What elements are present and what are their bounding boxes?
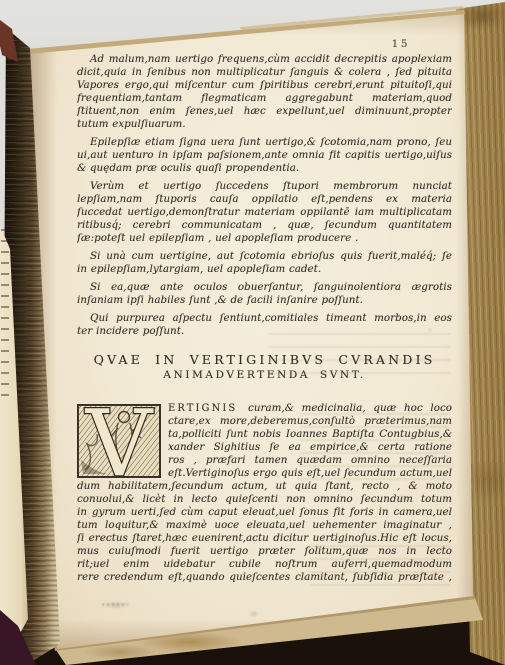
text-line: frequentiam,tantam flegmaticam aggregabu… [77,92,452,105]
text-line: ſuccedat uertigo,demonſtratur materiam o… [77,206,452,219]
incipit-caps: ERTIGNIS [168,403,237,414]
text-line: rit;uel enim uidebatur cubile noſtrum au… [77,558,452,571]
body-paragraph: Qui purpurea aſpectu ſentiunt,comitiales… [77,312,452,338]
woodcut-initial: V [77,404,161,478]
body-paragraph: Si unà cum uertigine, aut ſcotomia ebrio… [77,250,452,276]
text-block: 15 Ad malum,nam uertigo frequens,cùm acc… [77,38,452,584]
section-heading-line1: QVAE IN VERTIGINIBVS CVRANDIS [77,352,452,367]
text-line: ctare,ex more,deberemus,conſultò præteri… [168,415,452,428]
text-line: ſæ:poteſt uel epilepſiam , uel apopleſia… [77,232,452,245]
text-line: & quędam præ oculis quaſi propendentia. [77,162,452,175]
text-line: ERTIGNIS curam,& medicinalia, quæ hoc lo… [168,402,452,415]
opening-paragraph: V ERTIGNIS curam,& medicinalia, quæ hoc … [77,402,452,584]
text-line: mus cuiuſmodi fuerit uertigo præter ſoli… [77,545,452,558]
body-paragraph: Verùm et uertigo ſuccedens ſtupori membr… [77,180,452,245]
text-line: ſtituent,non enim ſenes,uel hæc expellun… [77,105,452,118]
woodcut-initial-art: V [77,404,161,478]
text-line: Vapores ergo,qui miſcentur cum ſpiritibu… [77,79,452,92]
opposite-page-text-marks [1,228,9,396]
text-line: in epilepſiam,lytargiam, uel apopleſiam … [77,263,452,276]
text-line: dicit,quia in ſenibus non multiplicatur … [77,66,452,79]
section-heading-line2: ANIMADVERTENDA SVNT. [77,369,452,382]
text-line: Si unà cum uertigine, aut ſcotomia ebrio… [77,250,452,263]
text-line: dum habilitatem,ſecundum actum, ut quia … [77,480,452,493]
text-line: Qui purpurea aſpectu ſentiunt,comitiales… [77,312,452,325]
text-line: ros , præfari tamen quædam omnino neceſſ… [168,454,452,467]
body-paragraph: Si ea,quæ ante oculos obuerſantur, ſangu… [77,281,452,307]
text-line: eſt.Vertiginoſus ergo quis eſt,uel ſecun… [168,467,452,480]
text-line: ſi erectus ſtaret,hæc euenirent,actu dic… [77,532,452,545]
text-line: Epilepſiæ etiam ſigna uera ſunt uertigo,… [77,136,452,149]
body-paragraph: Epilepſiæ etiam ſigna uera ſunt uertigo,… [77,136,452,175]
text-line: Si ea,quæ ante oculos obuerſantur, ſangu… [77,281,452,294]
text-line: Ad malum,nam uertigo frequens,cùm accidi… [77,53,452,66]
text-line: Verùm et uertigo ſuccedens ſtupori membr… [77,180,452,193]
text-line: xander Sighitius ſe ea empirice,& certa … [168,441,452,454]
faint-pencil-mark [96,598,138,612]
text-line: ter incidere poſſunt. [77,325,452,338]
text-line: ritibusq́; cerebri communicatam , quæ, ſ… [77,219,452,232]
text-line: conuolui,& licèt in lecto quieſcenti non… [77,493,452,506]
body-paragraph: Ad malum,nam uertigo frequens,cùm accidi… [77,53,452,131]
initial-letter: V [85,404,154,478]
text-line: inſaniam ipſi habiles ſunt ,& de facili … [77,294,452,307]
text-line: lepſiam,nam ſtuporis cauſa oppilatio eſt… [77,193,452,206]
text-line: tum loquitur,& maximè uoce eleuata,uel u… [77,519,452,532]
text-line: in gyrum uerti,ſed cùm caput eleuat,uel … [77,506,452,519]
text-line: tutum expulſiuarum. [77,118,452,131]
text-line: rere credendum eſt,quando quieſcentes cl… [77,571,452,584]
folio-number: 15 [77,38,452,51]
book-photo: 15 Ad malum,nam uertigo frequens,cùm acc… [0,0,505,665]
text-line: ui,aut uenturo in ipſam paſsionem,ante o… [77,149,452,162]
text-line: ta,polliciti ſunt nobis Ioannes Baptiſta… [168,428,452,441]
full-width-lines: dum habilitatem,ſecundum actum, ut quia … [77,480,452,584]
